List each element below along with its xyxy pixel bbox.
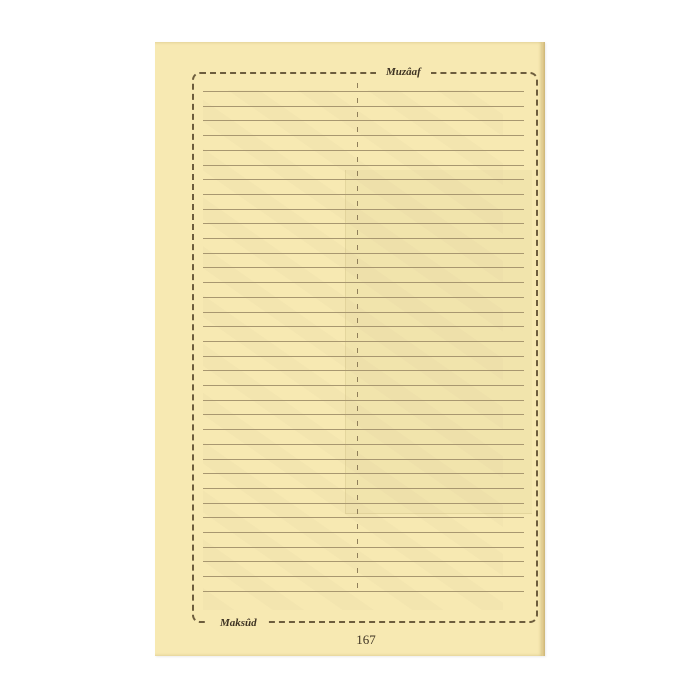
- ruled-line: [203, 165, 524, 166]
- center-tick: [357, 465, 358, 470]
- ruled-line: [203, 591, 524, 592]
- center-tick: [357, 318, 358, 323]
- center-tick: [357, 127, 358, 132]
- ruled-line: [203, 517, 524, 518]
- dashed-frame: Muzâaf Maksûd: [192, 72, 538, 623]
- ruled-line: [203, 532, 524, 533]
- center-tick: [357, 186, 358, 191]
- ruled-line: [203, 356, 524, 357]
- center-tick: [357, 495, 358, 500]
- center-tick: [357, 392, 358, 397]
- ruled-line: [203, 385, 524, 386]
- center-tick: [357, 539, 358, 544]
- ruled-line: [203, 561, 524, 562]
- ruled-line: [203, 91, 524, 92]
- center-tick: [357, 201, 358, 206]
- center-tick: [357, 171, 358, 176]
- ruled-line: [203, 429, 524, 430]
- center-tick: [357, 451, 358, 456]
- ruled-line: [203, 267, 524, 268]
- ruled-line: [203, 209, 524, 210]
- center-tick: [357, 157, 358, 162]
- ruled-line: [203, 120, 524, 121]
- center-tick: [357, 259, 358, 264]
- page-number: 167: [155, 632, 545, 648]
- center-tick: [357, 421, 358, 426]
- center-tick: [357, 583, 358, 588]
- ruled-line: [203, 503, 524, 504]
- center-tick: [357, 289, 358, 294]
- center-tick: [357, 215, 358, 220]
- ruled-line: [203, 414, 524, 415]
- ruled-line: [203, 576, 524, 577]
- footer-label: Maksûd: [206, 616, 267, 630]
- ruled-line: [203, 473, 524, 474]
- ruled-line: [203, 194, 524, 195]
- center-tick: [357, 568, 358, 573]
- center-tick: [357, 333, 358, 338]
- ruled-line: [203, 444, 524, 445]
- center-tick: [357, 245, 358, 250]
- ruled-line: [203, 106, 524, 107]
- ruled-line: [203, 341, 524, 342]
- ruled-line: [203, 326, 524, 327]
- center-tick: [357, 436, 358, 441]
- center-tick: [357, 524, 358, 529]
- center-tick: [357, 112, 358, 117]
- ruled-line: [203, 370, 524, 371]
- center-tick: [357, 304, 358, 309]
- ruled-line: [203, 135, 524, 136]
- ruled-line: [203, 547, 524, 548]
- center-tick: [357, 98, 358, 103]
- center-tick: [357, 274, 358, 279]
- center-tick: [357, 348, 358, 353]
- ruled-line: [203, 223, 524, 224]
- center-tick: [357, 509, 358, 514]
- center-tick: [357, 377, 358, 382]
- center-tick: [357, 480, 358, 485]
- ruled-line: [203, 400, 524, 401]
- ruled-line: [203, 297, 524, 298]
- ruled-line: [203, 179, 524, 180]
- center-tick: [357, 142, 358, 147]
- center-tick: [357, 83, 358, 88]
- ruled-line: [203, 312, 524, 313]
- ruled-line: [203, 238, 524, 239]
- center-tick: [357, 230, 358, 235]
- ruled-line: [203, 459, 524, 460]
- center-tick: [357, 406, 358, 411]
- ruled-line: [203, 253, 524, 254]
- notebook-page: Muzâaf Maksûd 167: [155, 42, 545, 656]
- ruled-line: [203, 282, 524, 283]
- center-tick: [357, 553, 358, 558]
- header-label: Muzâaf: [376, 65, 431, 79]
- center-tick: [357, 362, 358, 367]
- page-edge-shadow: [542, 42, 545, 656]
- ruled-line: [203, 150, 524, 151]
- ruled-line: [203, 488, 524, 489]
